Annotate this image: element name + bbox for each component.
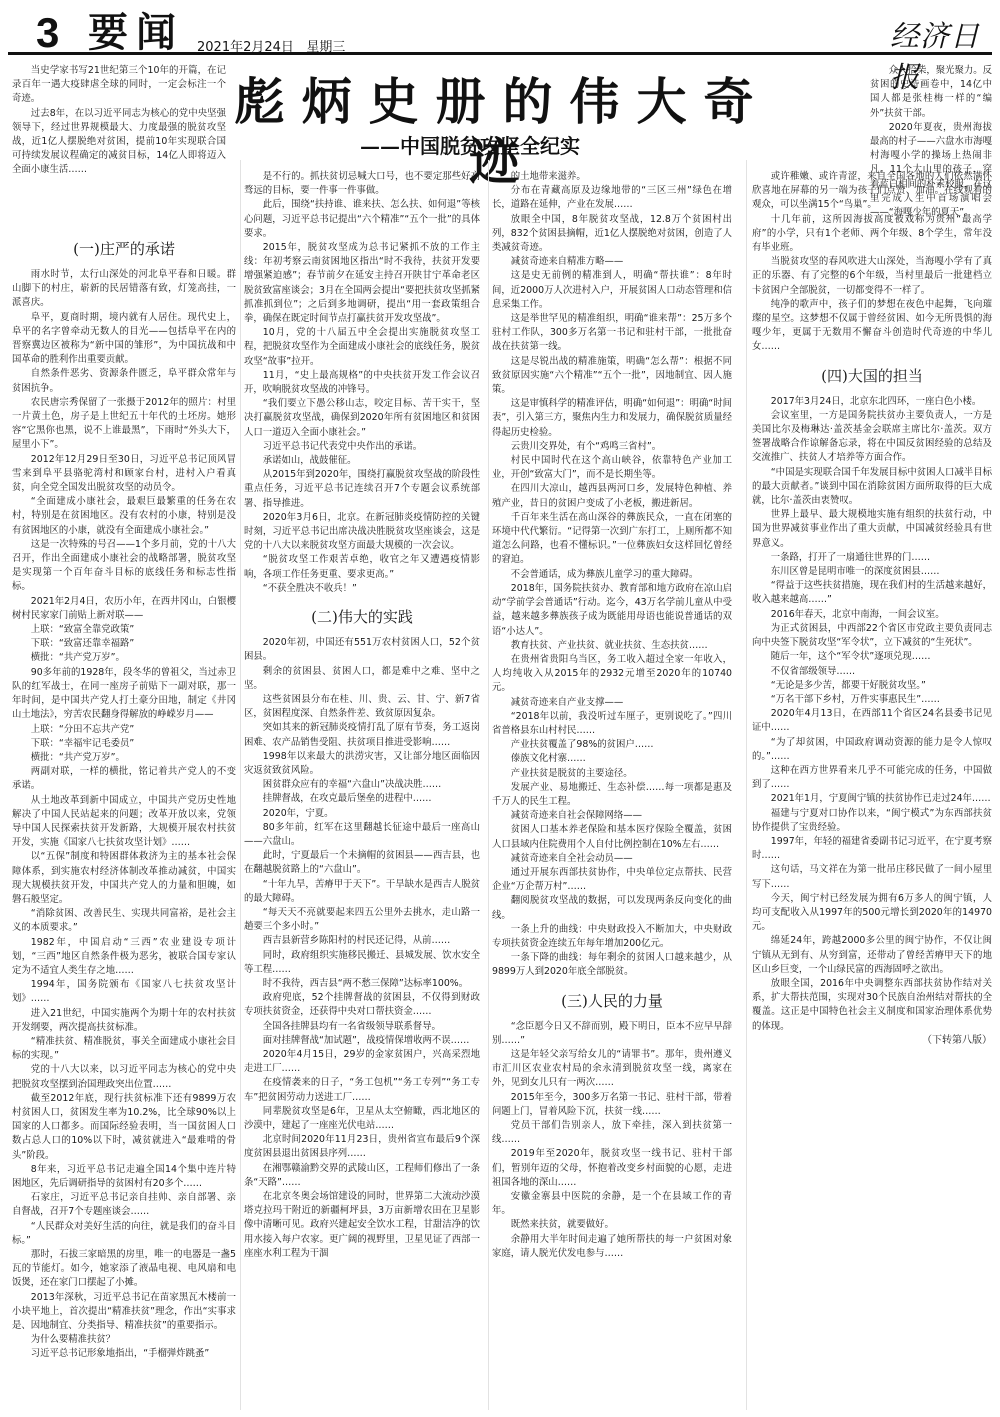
paragraph: 以“五保”制度和特困群体救济为主的基本社会保障体系，到实施农村经济体制改革推动减…	[12, 850, 236, 907]
paragraph: 这是一次特殊的号召——1个多月前，党的十八大召开，作出全面建成小康社会的战略部署…	[12, 538, 236, 595]
paragraph: 减贫奇迹来自社会保障网络——	[492, 809, 732, 823]
paragraph: “全面建成小康社会，最艰巨最繁重的任务在农村，特别是在贫困地区。没有农村的小康，…	[12, 495, 236, 538]
paragraph: 这句话，马文祥在为第一批吊庄移民做了一间小屋里写下……	[752, 863, 992, 891]
paragraph: 通过开展东西部扶贫协作，中央单位定点帮扶、民营企业“万企帮万村”……	[492, 866, 732, 894]
paragraph: 的土地带来滋养。	[492, 170, 732, 184]
paragraph: 横批：“共产党万岁”。	[12, 651, 236, 665]
paragraph: 千百年来生活在高山深谷的彝族民众，一直在闭塞的环境中代代繁衍。“记得第一次到广东…	[492, 511, 732, 568]
paragraph: 纯净的歌声中，孩子们的梦想在夜色中起舞，飞向璀璨的星空。这梦想不仅属于曾经贫困、…	[752, 298, 992, 355]
column-divider	[746, 160, 747, 1410]
paragraph: “精准扶贫、精准脱贫，事关全面建成小康社会目标的实现。”	[12, 1035, 236, 1063]
article-subtitle: ——中国脱贫攻坚全纪实	[360, 133, 760, 159]
paragraph: 8年来，习近平总书记走遍全国14个集中连片特困地区，先后调研指导的贫困村有20多…	[12, 1163, 236, 1191]
paragraph: 随后一年，这个“军令状”逐项兑现……	[752, 650, 992, 664]
intro-paragraph: 过去8年，在以习近平同志为核心的党中央坚强领导下，经过世界规模最大、力度最强的脱…	[12, 107, 226, 178]
article-intro: 当史学家书写21世纪第三个10年的开篇，在记录百年一遇大疫肆虐全球的同时，一定会…	[12, 64, 226, 178]
paragraph: 减贫奇迹来自精准方略——	[492, 255, 732, 269]
paragraph: 绵延24年，跨越2000多公里的闽宁协作，不仅让闽宁镇从无到有、从穷到富，还带动…	[752, 934, 992, 977]
paragraph: 既然来扶贫，就要做好。	[492, 1218, 732, 1232]
paragraph: 一条路，打开了一扇通往世界的门……	[752, 551, 992, 565]
paragraph: 产业扶贫是脱贫的主要途径。	[492, 767, 732, 781]
paragraph: 截至2012年底，现行扶贫标准下还有9899万农村贫困人口，贫困发生率为10.2…	[12, 1092, 236, 1163]
paragraph: 下联：“致富还靠幸福路”	[12, 637, 236, 651]
paragraph: “2018年以前，我没听过车厘子，更别说吃了。”四川省普格县东山村村民……	[492, 710, 732, 738]
paragraph: “中国是实现联合国千年发展目标中贫困人口减半目标的最大贡献者。”谈到中国在消除贫…	[752, 466, 992, 509]
paragraph: “脱贫攻坚工作艰苦卓绝，收官之年又遭遇疫情影响，各项工作任务更重、要求更高。”	[244, 553, 480, 581]
paragraph: 世界上最早、最大规模地实施有组织的扶贫行动，中国为世界减贫事业作出了重大贡献，中…	[752, 508, 992, 551]
paragraph: “无论是多少苦，都要干好脱贫攻坚。”	[752, 679, 992, 693]
paragraph: 在湘鄂赣渝黔交界的武陵山区，工程师们修出了一条条“天路”……	[244, 1162, 480, 1190]
paragraph: 2021年1月，宁夏闽宁镇的扶贫协作已走过24年……	[752, 792, 992, 806]
paragraph: “得益于这些扶贫措施，现在我们村的生活越来越好，收入越来越高……”	[752, 579, 992, 607]
paragraph: 这种在西方世界看来几乎不可能完成的任务，中国做到了……	[752, 764, 992, 792]
paragraph: 习近平总书记代表党中央作出的承诺。	[244, 440, 480, 454]
section-name: 要闻	[88, 12, 184, 54]
paragraph: 石家庄，习近平总书记亲自挂帅、亲自部署、亲自督战，召开7个专题座谈会……	[12, 1191, 236, 1219]
paragraph: 1982年，中国启动“三西”农业建设专项计划，“三西”地区自然条件极为恶劣，被联…	[12, 936, 236, 979]
paragraph: 贫困人口基本养老保险和基本医疗保险全覆盖，贫困人口县域内住院费用个人自付比例控制…	[492, 823, 732, 851]
paragraph: 横批：“共产党万岁”。	[12, 751, 236, 765]
paragraph: 农民唐宗秀保留了一张摄于2012年的照片：村里一片黄土色，房子是上世纪五十年代的…	[12, 396, 236, 453]
column-2: 是不行的。抓扶贫切忌喊大口号，也不要定那些好高骛远的目标，要一件事一件事做。此后…	[244, 170, 480, 1408]
paragraph: 村民中国时代在这个高山峡谷，依靠特色产业加工业，开创“致富大门”，而不是长期坐等…	[492, 454, 732, 482]
paragraph: 承诺如山，战鼓催征。	[244, 454, 480, 468]
paragraph: 进入21世纪，中国实施两个为期十年的农村扶贫开发纲要，两次提高扶贫标准。	[12, 1007, 236, 1035]
paragraph: 教育扶贫、产业扶贫、就业扶贫、生态扶贫……	[492, 639, 732, 653]
paragraph: 突如其来的新冠肺炎疫情打乱了原有节奏，务工返岗困难、农产品销售受阻、扶贫项目推进…	[244, 721, 480, 749]
paragraph: “我们要立下愚公移山志，咬定目标、苦干实干，坚决打赢脱贫攻坚战，确保到2020年…	[244, 397, 480, 440]
paragraph: 两副对联，一样的横批，铭记着共产党人的不变承诺。	[12, 765, 236, 793]
paragraph: 这是史无前例的精准到人，明确“帮扶谁”：8年时间，近2000万人次进村入户，开展…	[492, 269, 732, 312]
paragraph: 傣族文化村寨……	[492, 752, 732, 766]
paragraph: 党的十八大以来，以习近平同志为核心的党中央把脱贫攻坚摆到治国理政突出位置……	[12, 1063, 236, 1091]
paragraph: 2015年，脱贫攻坚成为总书记紧抓不放的工作主线：年初考察云南贫困地区指出“时不…	[244, 241, 480, 326]
paragraph: 下联：“幸福牢记毛委员”	[12, 737, 236, 751]
paragraph: 北京时间2020年11月23日，贵州省宣布最后9个深度贫困县退出贫困县序列……	[244, 1133, 480, 1161]
column-divider	[488, 160, 489, 1410]
paragraph: 阜平，夏商时期，境内就有人居住。现代史上，阜平的名字曾牵动无数人的目光——包括阜…	[12, 311, 236, 368]
column-4: 或许稚嫩、或许青涩，来自全国各地的人们依然满怀欣喜地在屏幕的另一端为孩子们点赞、…	[752, 170, 992, 1408]
paragraph: 11月，“史上最高规格”的中央扶贫开发工作会议召开，吹响脱贫攻坚战的冲锋号。	[244, 369, 480, 397]
paragraph: 这是审慎科学的精准评估，明确“如何退”：明确“时间表”，引入第三方，聚焦内生力和…	[492, 397, 732, 440]
paragraph: 2020年，宁夏。	[244, 807, 480, 821]
paragraph: 80多年前，红军在这里翻越长征途中最后一座高山——六盘山。	[244, 821, 480, 849]
paragraph: 10月，党的十八届五中全会提出实施脱贫攻坚工程，把脱贫攻坚作为全面建成小康社会的…	[244, 326, 480, 369]
paragraph: 十几年前，这所因海拔高度被戏称为贵州“最高学府”的小学，只有1个老师、两个年级、…	[752, 213, 992, 256]
paragraph: “念臣愿今日又不辞而别，殿下明日，臣本不应早早辞别……”	[492, 1020, 732, 1048]
paragraph: 自然条件恶劣、资源条件匮乏，阜平群众常年与贫困抗争。	[12, 367, 236, 395]
paragraph: 放眼全中国，8年脱贫攻坚战，12.8万个贫困村出列，832个贫困县摘帽，近1亿人…	[492, 213, 732, 256]
column-divider	[240, 160, 241, 1410]
paragraph: 全国各挂牌县均有一名省级领导联系督导。	[244, 1020, 480, 1034]
paragraph: 安徽金寨县中医院的余静，是一个在县域工作的青年。	[492, 1190, 732, 1218]
paragraph: 一条下降的曲线：每年剩余的贫困人口越来越少，从9899万人到2020年底全部脱贫…	[492, 951, 732, 979]
paragraph: 剩余的贫困县、贫困人口，都是难中之难、坚中之坚。	[244, 665, 480, 693]
section-heading-3: (三)人民的力量	[492, 990, 732, 1012]
paragraph: 同时，政府组织实施移民搬迁、县城发展、饮水安全等工程……	[244, 949, 480, 977]
paragraph: 2018年，国务院扶贫办、教育部和地方政府在凉山启动“学前学会普通话”行动。迄今…	[492, 582, 732, 639]
paragraph: 为正式贫困县，中西部22个省区市党政主要负责同志向中央签下脱贫攻坚“军令状”，立…	[752, 622, 992, 650]
paragraph: 福建与宁夏对口协作以来，“闽宁模式”为东西部扶贫协作提供了宝贵经验。	[752, 807, 992, 835]
paragraph: 产业扶贫覆盖了98%的贫困户……	[492, 738, 732, 752]
paragraph: 余静用大半年时间走遍了她所帮扶的每一户贫困对象家庭，请人脱光伏发电参与……	[492, 1233, 732, 1261]
paragraph: 1997年，年轻的福建省委副书记习近平，在宁夏考察时……	[752, 835, 992, 863]
paragraph: 同辈脱贫攻坚是6年，卫星从太空俯瞰，西北地区的沙漠中，建起了一座座光伏电站……	[244, 1105, 480, 1133]
paragraph: “消除贫困、改善民生、实现共同富裕，是社会主义的本质要求。”	[12, 907, 236, 935]
paragraph: 这是年轻父亲写给女儿的“请罪书”。那年，贵州遵义市汇川区农业农村局的余永清到脱贫…	[492, 1048, 732, 1091]
paragraph: 时不我待，西吉县“两不愁三保障”达标率100%。	[244, 977, 480, 991]
paragraph: 2017年3月24日，北京东北四环，一座白色小楼。	[752, 395, 992, 409]
paragraph: 一条上升的曲线：中央财政投入不断加大，中央财政专项扶贫资金连续五年每年增加200…	[492, 923, 732, 951]
column-3: 的土地带来滋养。分布在青藏高原及边缘地带的“三区三州”绿色在增长，道路在延伸，产…	[492, 170, 732, 1408]
paragraph: 这些贫困县分布在桂、川、贵、云、甘、宁、新7省区，贫困程度深、自然条件差、致贫原…	[244, 693, 480, 721]
column-1: (一)庄严的承诺 雨水时节，太行山深处的河北阜平春和日暖。群山脚下的村庄，崭新的…	[12, 228, 236, 1408]
paragraph: 这是举世罕见的精准组织，明确“谁来帮”：25万多个驻村工作队，300多万名第一书…	[492, 312, 732, 355]
paragraph: 西吉县新营乡陈阳村的村民还记得，从前……	[244, 934, 480, 948]
section-heading-2: (二)伟大的实践	[244, 606, 480, 628]
paragraph: 2020年4月15日，29岁的金家贫困户，兴高采烈地走进工厂……	[244, 1048, 480, 1076]
paragraph: 2015年至今，300多万名第一书记、驻村干部，带着问题上门，冒着风险下沉，扶贫…	[492, 1091, 732, 1119]
paragraph: 政府兜底，52个挂牌督战的贫困县，不仅得到财政专项扶贫资金，还获得中央对口帮扶资…	[244, 991, 480, 1019]
paragraph: 2013年深秋，习近平总书记在苗家黑瓦木楼前一小块平地上，首次提出“精准扶贫”理…	[12, 1291, 236, 1334]
paragraph: “十年九旱，苦瘠甲于天下”。干旱缺水是西吉人脱贫的最大障碍。	[244, 878, 480, 906]
paragraph: 2019年至2020年，脱贫攻坚一线书记、驻村干部们，暂别年迈的父母，怀抱着改变…	[492, 1147, 732, 1190]
paragraph: “为了却贫困，中国政府调动资源的能力是令人惊叹的。”……	[752, 736, 992, 764]
paragraph: 党员干部们告别亲人，放下牵挂，深入到扶贫第一线……	[492, 1119, 732, 1147]
masthead-rule	[8, 52, 992, 55]
paragraph: 会议室里，一方是国务院扶贫办主要负责人，一方是美国比尔及梅琳达·盖茨基金会联席主…	[752, 409, 992, 466]
paragraph: “万名干部下乡村，万件实事惠民生”……	[752, 693, 992, 707]
paragraph: 面对挂牌督战“加试题”，战疫情保增收两不误……	[244, 1034, 480, 1048]
paragraph: 在贵州省贵阳乌当区，务工收入超过全家一年收入，人均纯收入从2015年的2932元…	[492, 653, 732, 696]
paragraph: 不会普通话，成为彝族儿童学习的重大障碍。	[492, 568, 732, 582]
masthead: 3 要闻 2021年2月24日 星期三 经济日报	[0, 0, 1000, 56]
paragraph: 上联：“致富全靠党政策”	[12, 623, 236, 637]
intro-paragraph: 当史学家书写21世纪第三个10年的开篇，在记录百年一遇大疫肆虐全球的同时，一定会…	[12, 64, 226, 107]
section-heading-4: (四)大国的担当	[752, 365, 992, 387]
paragraph: 此后，围绕“扶持谁、谁来扶、怎么扶、如何退”等核心问题，习近平总书记提出“六个精…	[244, 198, 480, 241]
paragraph: 今天，闽宁村已经发展为拥有6万多人的闽宁镇，人均可支配收入从1997年的500元…	[752, 892, 992, 935]
paragraph: 在北京冬奥会场馆建设的同时，世界第二大流动沙漠塔克拉玛干附近的新疆柯坪县，3万亩…	[244, 1190, 480, 1261]
paragraph: 2020年3月6日，北京。在新冠肺炎疫情防控的关键时刻，习近平总书记出席决战决胜…	[244, 511, 480, 554]
paragraph: “每天天不亮就要起来四五公里外去挑水，走山路一趟要三个多小时。”	[244, 906, 480, 934]
paragraph: 2012年12月29日至30日，习近平总书记顶风冒雪来到阜平县骆驼湾村和顾家台村…	[12, 453, 236, 496]
paragraph: 众人拾柴，聚光聚力。反贫困的史诗画卷中，14亿中国人都是张桂梅一样的“编外”扶贫…	[870, 64, 992, 121]
paragraph: 在四川大凉山，越西县两河口乡，发展特色种植、养殖产业，昔日的贫困户变成了小老板，…	[492, 482, 732, 510]
paragraph: 2020年4月13日，在西部11个省区24名县委书记见证中……	[752, 707, 992, 735]
paragraph: 此时，宁夏最后一个未摘帽的贫困县——西吉县，也在翻越脱贫路上的“六盘山”。	[244, 849, 480, 877]
paragraph: 在疫情袭来的日子，“务工包机”“务工专列”“务工专车”把贫困劳动力送进工厂……	[244, 1076, 480, 1104]
paragraph: 不仅省部级领导……	[752, 665, 992, 679]
paragraph: 东川区曾是昆明市唯一的深度贫困县……	[752, 565, 992, 579]
paragraph: 困贫群众应有的幸福“六盘山”决战决胜……	[244, 778, 480, 792]
paragraph: 2016年春天，北京中南海，一间会议室。	[752, 608, 992, 622]
paragraph: 放眼全国，2016年中央调整东西部扶贫协作结对关系，扩大帮扶范围，实现对30个民…	[752, 977, 992, 1034]
paragraph: 挂牌督战，在攻克最后堡垒的进程中……	[244, 792, 480, 806]
paragraph: 分布在青藏高原及边缘地带的“三区三州”绿色在增长，道路在延伸，产业在发展……	[492, 184, 732, 212]
paragraph: 翻阅脱贫攻坚战的数据，可以发现两条反向变化的曲线。	[492, 894, 732, 922]
paragraph: 1998年以来最大的洪涝灾害，又让部分地区面临因灾返贫致贫风险。	[244, 750, 480, 778]
paragraph: 从土地改革到新中国成立，中国共产党历史性地解决了中国人民站起来的问题；改革开放以…	[12, 794, 236, 851]
paragraph: 当脱贫攻坚的春风吹进大山深处，当海嘎小学有了真正的乐器、有了完整的6个年级，当村…	[752, 255, 992, 298]
continuation-note: （下转第八版）	[752, 1034, 992, 1048]
paragraph: 为什么要精准扶贫？	[12, 1333, 236, 1347]
paragraph: 习近平总书记形象地指出，“手榴弹炸跳蚤”	[12, 1347, 236, 1361]
paragraph: 雨水时节，太行山深处的河北阜平春和日暖。群山脚下的村庄，崭新的民居错落有致，灯笼…	[12, 268, 236, 311]
paragraph: 90多年前的1928年，段冬华的曾祖父，当过赤卫队的红军战士，在同一座房子前贴下…	[12, 666, 236, 723]
paragraph: 或许稚嫩、或许青涩，来自全国各地的人们依然满怀欣喜地在屏幕的另一端为孩子们点赞、…	[752, 170, 992, 213]
paragraph: 这是尽锐出战的精准施策，明确“怎么帮”：根据不同致贫原因实施“六个精准”“五个一…	[492, 355, 732, 398]
paragraph: 从2015年到2020年，围绕打赢脱贫攻坚战的阶段性重点任务，习近平总书记连续召…	[244, 468, 480, 511]
page-number: 3	[36, 12, 59, 54]
paragraph: 减贫奇迹来自产业支撑——	[492, 696, 732, 710]
paragraph: 云贵川交界处，有个“鸡鸣三省村”。	[492, 440, 732, 454]
paragraph: 1994年，国务院颁布《国家八七扶贫攻坚计划》……	[12, 978, 236, 1006]
paragraph: “不获全胜决不收兵！”	[244, 582, 480, 596]
paragraph: 2020年初，中国还有551万农村贫困人口，52个贫困县。	[244, 636, 480, 664]
paragraph: “人民群众对美好生活的向往，就是我们的奋斗目标。”	[12, 1220, 236, 1248]
paragraph: 那时，石拔三家暗黑的房里，唯一的电器是一盏5瓦的节能灯。如今，她家添了液晶电视、…	[12, 1248, 236, 1291]
paragraph: 上联：“分田不忘共产党”	[12, 723, 236, 737]
paragraph: 发展产业、易地搬迁、生态补偿……每一项都是惠及千万人的民生工程。	[492, 781, 732, 809]
paragraph: 减贫奇迹来自全社会动员——	[492, 852, 732, 866]
paragraph: 是不行的。抓扶贫切忌喊大口号，也不要定那些好高骛远的目标，要一件事一件事做。	[244, 170, 480, 198]
section-heading-1: (一)庄严的承诺	[12, 238, 236, 260]
paragraph: 2021年2月4日，农历小年，在西井冈山，白银樱树村民家家门前贴上新对联——	[12, 595, 236, 623]
